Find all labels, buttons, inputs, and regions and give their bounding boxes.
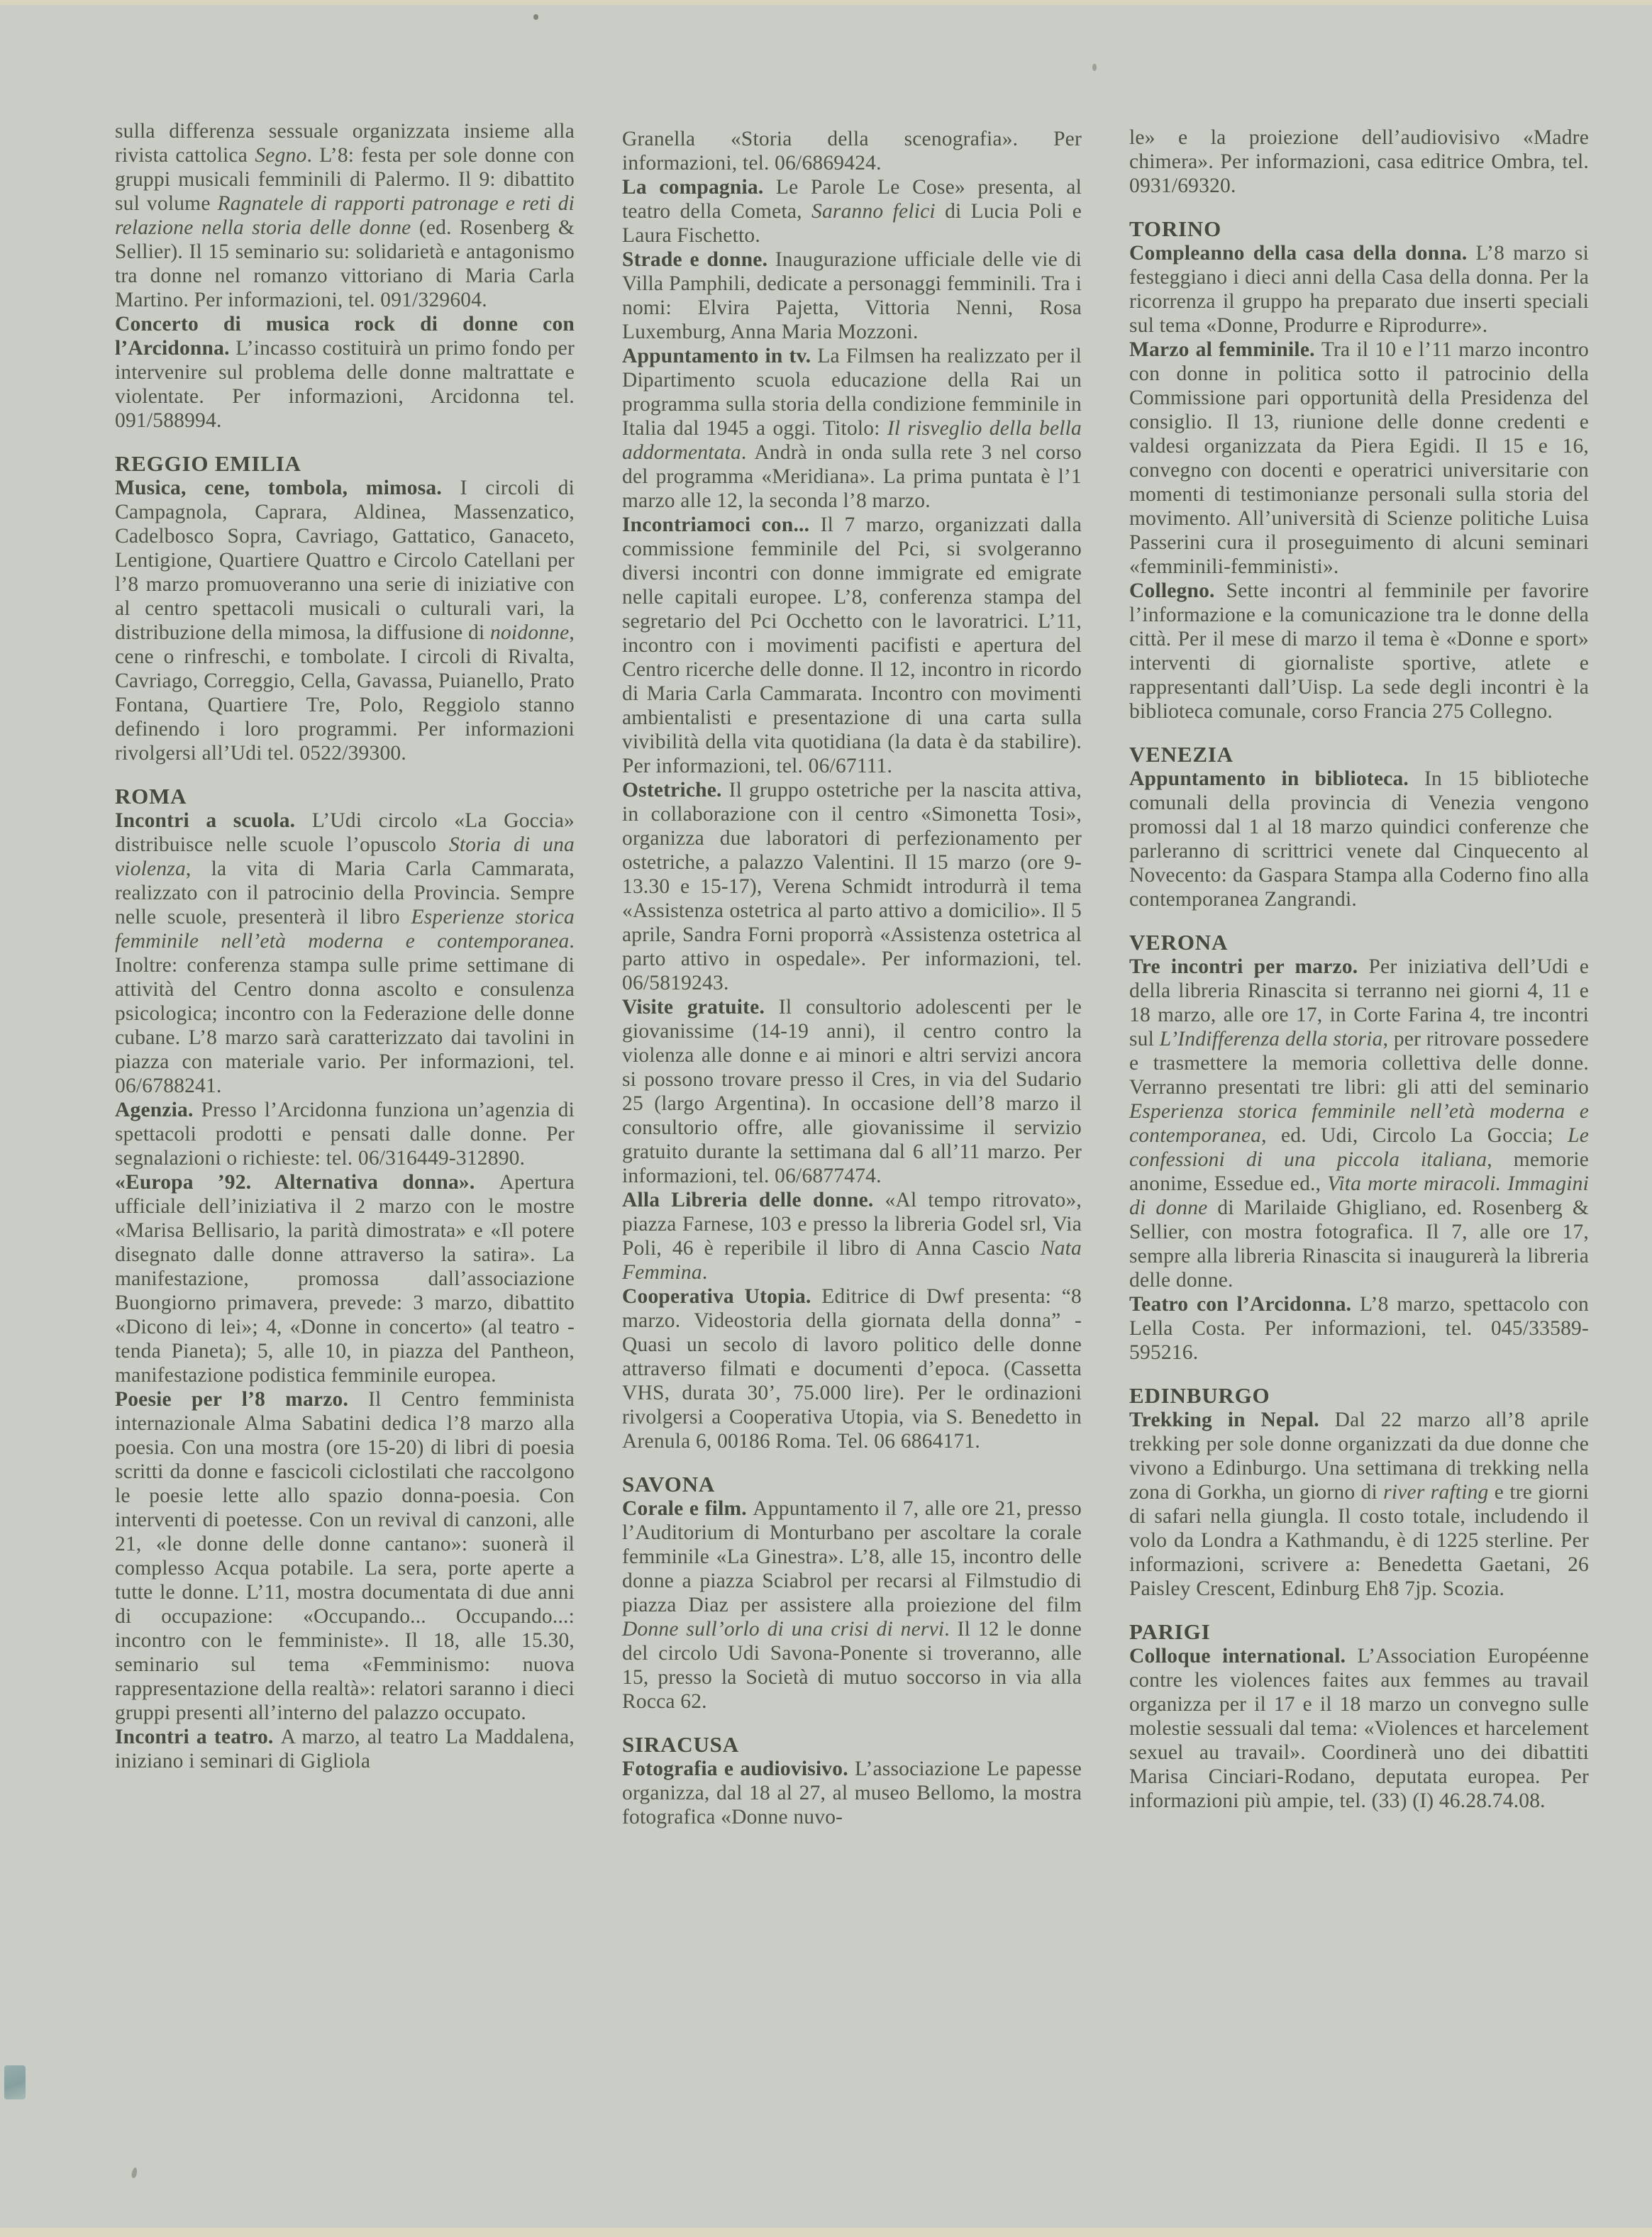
entry-lead: Tre incontri per marzo. [1129, 955, 1369, 978]
listing-entry: Concerto di musica rock di donne con l’A… [115, 312, 575, 433]
italic-title-text: Segno [255, 144, 306, 167]
listing-entry: Appuntamento in biblioteca. In 15 biblio… [1129, 767, 1589, 911]
entry-lead: Appuntamento in tv. [622, 345, 817, 367]
page-edge-top [0, 0, 1652, 5]
entry-lead: Poesie per l’8 marzo. [115, 1388, 368, 1411]
italic-title-text: Saranno felici [811, 200, 936, 223]
entry-lead: Collegno. [1129, 579, 1226, 602]
entry-lead: Appuntamento in biblioteca. [1129, 767, 1424, 790]
listing-entry: Strade e donne. Inaugurazione ufficiale … [622, 248, 1082, 344]
listing-entry: Incontri a teatro. A marzo, al teatro La… [115, 1725, 575, 1773]
italic-title-text: Donne sull’orlo di una crisi di nervi [622, 1618, 944, 1641]
paragraph-continuation: le» e la proiezione dell’audiovisivo «Ma… [1129, 126, 1589, 198]
italic-title-text: river rafting [1383, 1481, 1488, 1504]
listing-entry: Musica, cene, tombola, mimosa. I circoli… [115, 476, 575, 765]
listing-entry: Collegno. Sette incontri al femminile pe… [1129, 579, 1589, 723]
scan-artifact-speck [131, 2167, 138, 2178]
paragraph-continuation: Granella «Storia della scenografia». Per… [622, 127, 1082, 175]
city-header: PARIGI [1129, 1620, 1589, 1644]
entry-lead: Cooperativa Utopia. [622, 1285, 821, 1308]
italic-title-text: L’Indifferenza della storia [1160, 1028, 1383, 1050]
entry-lead: Visite gratuite. [622, 996, 779, 1018]
listing-entry: Ostetriche. Il gruppo ostetriche per la … [622, 778, 1082, 995]
body-text: , ed. Udi, Circolo La Goccia; [1261, 1124, 1568, 1147]
italic-title-text: noidonne [490, 621, 569, 644]
city-header: TORINO [1129, 217, 1589, 241]
entry-lead: Teatro con l’Arcidonna. [1129, 1293, 1360, 1316]
body-text: Il Centro femminista internazionale Alma… [115, 1388, 575, 1724]
column-right: le» e la proiezione dell’audiovisivo «Ma… [1129, 126, 1589, 1813]
page-edge-bottom [0, 2228, 1652, 2237]
entry-lead: Marzo al femminile. [1129, 338, 1321, 361]
paragraph-continuation: sulla differenza sessuale organizzata in… [115, 119, 575, 312]
entry-lead: «Europa ’92. Alternativa donna». [115, 1171, 499, 1194]
listing-entry: La compagnia. Le Parole Le Cose» present… [622, 175, 1082, 248]
entry-lead: Corale e film. [622, 1497, 753, 1520]
listing-entry: Tre incontri per marzo. Per iniziativa d… [1129, 955, 1589, 1292]
scan-artifact-dot [1092, 64, 1097, 71]
city-header: SIRACUSA [622, 1733, 1082, 1757]
city-header: REGGIO EMILIA [115, 452, 575, 476]
entry-lead: Fotografia e audiovisivo. [622, 1758, 855, 1780]
body-text: Tra il 10 e l’11 marzo incontro con donn… [1129, 338, 1589, 578]
entry-lead: Incontriamoci con... [622, 514, 821, 536]
listing-entry: Compleanno della casa della donna. L’8 m… [1129, 241, 1589, 338]
listing-entry: Cooperativa Utopia. Editrice di Dwf pres… [622, 1284, 1082, 1453]
entry-lead: Ostetriche. [622, 779, 729, 801]
entry-lead: Colloque international. [1129, 1645, 1358, 1667]
body-text: L’Association Européenne contre les viol… [1129, 1645, 1589, 1812]
city-header: VERONA [1129, 931, 1589, 955]
city-header: VENEZIA [1129, 743, 1589, 767]
entry-lead: Musica, cene, tombola, mimosa. [115, 477, 460, 499]
listing-entry: Alla Libreria delle donne. «Al tempo rit… [622, 1188, 1082, 1284]
scan-artifact-dot [533, 14, 538, 20]
body-text: Il consultorio adolescenti per le giovan… [622, 996, 1082, 1187]
listing-entry: Agenzia. Presso l’Arcidonna funziona un’… [115, 1098, 575, 1170]
listing-entry: Fotografia e audiovisivo. L’associazione… [622, 1757, 1082, 1829]
listing-entry: Trekking in Nepal. Dal 22 marzo all’8 ap… [1129, 1408, 1589, 1601]
listing-entry: Marzo al femminile. Tra il 10 e l’11 mar… [1129, 338, 1589, 579]
entry-lead: La compagnia. [622, 176, 776, 199]
body-text: . [702, 1261, 708, 1284]
body-text: Granella «Storia della scenografia». Per… [622, 128, 1082, 174]
body-text: Apertura ufficiale dell’iniziativa il 2 … [115, 1171, 575, 1387]
body-text: Editrice di Dwf presenta: “8 marzo. Vide… [622, 1285, 1082, 1453]
city-header: SAVONA [622, 1472, 1082, 1497]
listing-entry: Incontri a scuola. L’Udi circolo «La Goc… [115, 809, 575, 1098]
listing-entry: Poesie per l’8 marzo. Il Centro femminis… [115, 1387, 575, 1725]
body-text: Il 7 marzo, organizzati dalla commission… [622, 514, 1082, 777]
body-text: . Inoltre: conferenza stampa sulle prime… [115, 930, 575, 1097]
city-header: EDINBURGO [1129, 1384, 1589, 1408]
entry-lead: Trekking in Nepal. [1129, 1409, 1335, 1431]
city-header: ROMA [115, 784, 575, 809]
entry-lead: Strade e donne. [622, 248, 775, 271]
scanned-magazine-page: { "page": { "background_color": "#c9cdc5… [0, 0, 1652, 2237]
entry-lead: Compleanno della casa della donna. [1129, 242, 1476, 265]
listing-entry: Corale e film. Appuntamento il 7, alle o… [622, 1497, 1082, 1714]
listing-entry: Appuntamento in tv. La Filmsen ha realiz… [622, 344, 1082, 513]
scan-artifact-ink-mark [4, 2065, 26, 2099]
entry-lead: Alla Libreria delle donne. [622, 1189, 885, 1211]
listing-entry: Visite gratuite. Il consultorio adolesce… [622, 995, 1082, 1188]
listing-entry: «Europa ’92. Alternativa donna». Apertur… [115, 1170, 575, 1387]
entry-lead: Incontri a scuola. [115, 809, 312, 832]
listing-entry: Colloque international. L’Association Eu… [1129, 1644, 1589, 1813]
listing-entry: Teatro con l’Arcidonna. L’8 marzo, spett… [1129, 1292, 1589, 1365]
body-text: Il gruppo ostetriche per la nascita atti… [622, 779, 1082, 994]
entry-lead: Incontri a teatro. [115, 1726, 281, 1748]
body-text: I circoli di Campagnola, Caprara, Aldine… [115, 477, 575, 644]
entry-lead: Agenzia. [115, 1099, 201, 1121]
listing-entry: Incontriamoci con... Il 7 marzo, organiz… [622, 513, 1082, 778]
column-left: sulla differenza sessuale organizzata in… [115, 119, 575, 1773]
column-center: Granella «Storia della scenografia». Per… [622, 127, 1082, 1829]
body-text: le» e la proiezione dell’audiovisivo «Ma… [1129, 126, 1589, 197]
